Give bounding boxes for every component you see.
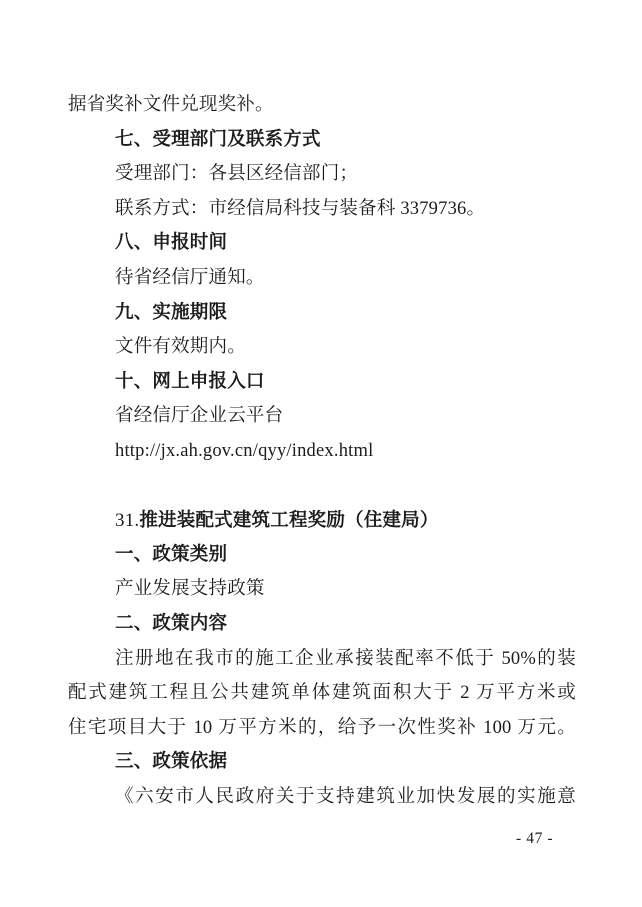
implementation-period-line: 文件有效期内。	[68, 330, 576, 365]
policy-content-line-2: 配式建筑工程且公共建筑单体建筑面积大于 2 万平方米或	[68, 676, 576, 711]
apply-time-line: 待省经信厅通知。	[68, 261, 576, 296]
heading-online-portal: 十、网上申报入口	[68, 365, 576, 400]
policy-content-line-1: 注册地在我市的施工企业承接装配率不低于 50%的装	[68, 642, 576, 677]
portal-url-line: http://jx.ah.gov.cn/qyy/index.html	[68, 434, 576, 469]
contact-line: 联系方式：市经信局科技与装备科 3379736。	[68, 192, 576, 227]
heading-implementation-period: 九、实施期限	[68, 296, 576, 331]
portal-name-line: 省经信厅企业云平台	[68, 399, 576, 434]
policy-basis-line-1: 《六安市人民政府关于支持建筑业加快发展的实施意	[68, 780, 576, 815]
policy-category-line: 产业发展支持政策	[68, 572, 576, 607]
accept-dept-line: 受理部门：各县区经信部门；	[68, 157, 576, 192]
heading-policy-content: 二、政策内容	[68, 607, 576, 642]
heading-apply-time: 八、申报时间	[68, 226, 576, 261]
section-31-number: 31.	[115, 510, 139, 531]
blank-line	[68, 469, 576, 504]
section-31-title: 推进装配式建筑工程奖励（住建局）	[139, 509, 438, 530]
heading-policy-category: 一、政策类别	[68, 538, 576, 573]
document-page: 据省奖补文件兑现奖补。 七、受理部门及联系方式 受理部门：各县区经信部门； 联系…	[0, 0, 642, 907]
document-content: 据省奖补文件兑现奖补。 七、受理部门及联系方式 受理部门：各县区经信部门； 联系…	[68, 88, 576, 814]
paragraph-continuation: 据省奖补文件兑现奖补。	[68, 88, 576, 123]
page-number: - 47 -	[516, 830, 553, 848]
heading-policy-basis: 三、政策依据	[68, 745, 576, 780]
heading-accept-dept: 七、受理部门及联系方式	[68, 123, 576, 158]
section-31-heading: 31.推进装配式建筑工程奖励（住建局）	[68, 503, 576, 538]
policy-content-line-3: 住宅项目大于 10 万平方米的，给予一次性奖补 100 万元。	[68, 711, 576, 746]
